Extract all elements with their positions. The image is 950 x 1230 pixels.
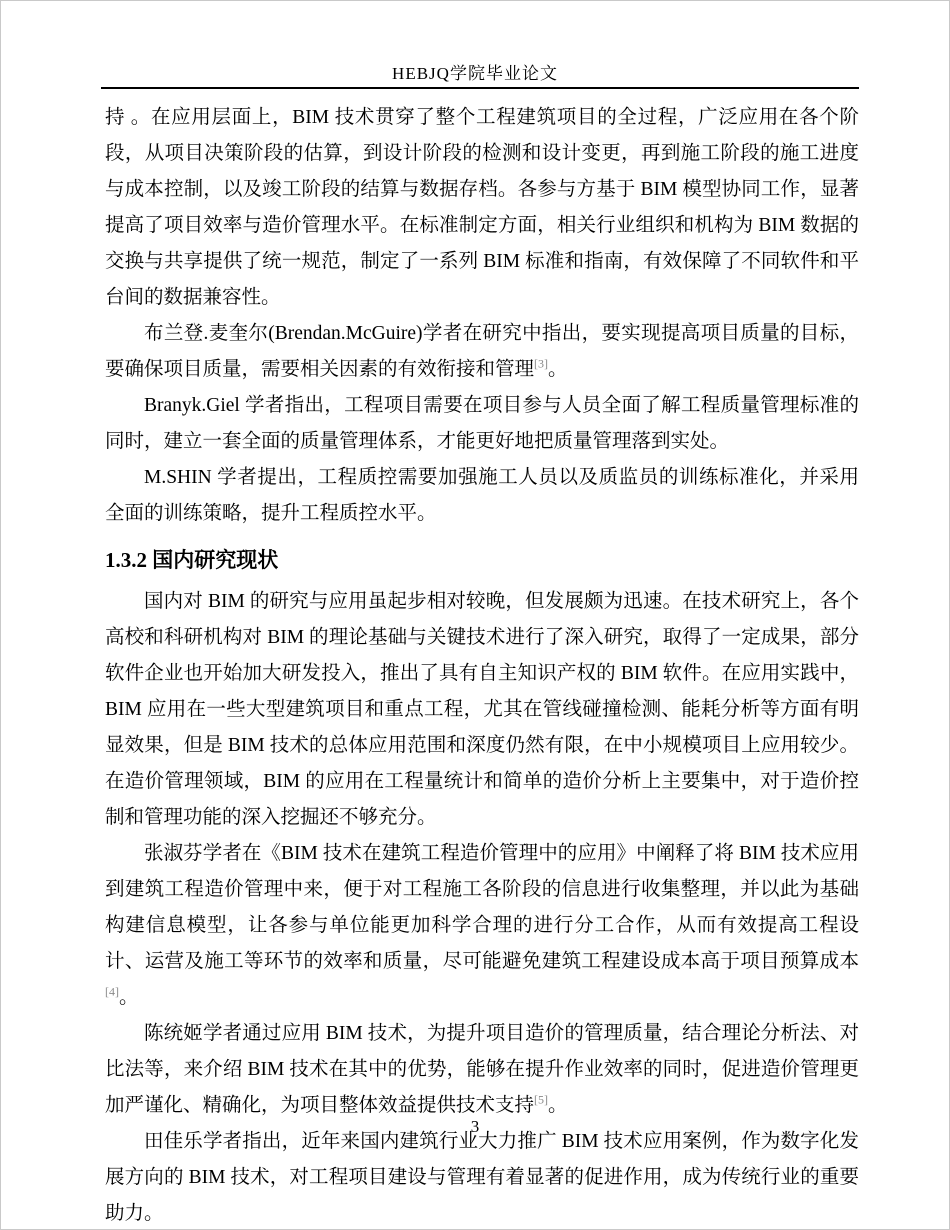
paragraph: 张淑芬学者在《BIM 技术在建筑工程造价管理中的应用》中阐释了将 BIM 技术应… <box>105 836 859 1016</box>
header-rule <box>101 87 859 89</box>
paragraph: 布兰登.麦奎尔(Brendan.McGuire)学者在研究中指出，要实现提高项目… <box>105 316 859 388</box>
paragraph: 国内对 BIM 的研究与应用虽起步相对较晚，但发展颇为迅速。在技术研究上，各个高… <box>105 584 859 836</box>
paragraph: M.SHIN 学者提出，工程质控需要加强施工人员以及质监员的训练标准化，并采用全… <box>105 460 859 532</box>
citation-superscript: [3] <box>534 357 548 371</box>
citation-superscript: [5] <box>534 1093 548 1107</box>
document-page: HEBJQ学院毕业论文 持 。在应用层面上，BIM 技术贯穿了整个工程建筑项目的… <box>0 0 950 1230</box>
document-body: 持 。在应用层面上，BIM 技术贯穿了整个工程建筑项目的全过程，广泛应用在各个阶… <box>105 100 859 1230</box>
paragraph: Branyk.Giel 学者指出，工程项目需要在项目参与人员全面了解工程质量管理… <box>105 388 859 460</box>
citation-superscript: [4] <box>105 985 119 999</box>
paragraph: 田佳乐学者指出，近年来国内建筑行业大力推广 BIM 技术应用案例，作为数字化发展… <box>105 1124 859 1230</box>
header-title: HEBJQ学院毕业论文 <box>1 59 949 84</box>
section-heading: 1.3.2 国内研究现状 <box>105 545 859 575</box>
paragraph: 持 。在应用层面上，BIM 技术贯穿了整个工程建筑项目的全过程，广泛应用在各个阶… <box>105 100 859 316</box>
page-number: 3 <box>1 1117 949 1137</box>
paragraph: 陈统姬学者通过应用 BIM 技术，为提升项目造价的管理质量，结合理论分析法、对比… <box>105 1016 859 1124</box>
